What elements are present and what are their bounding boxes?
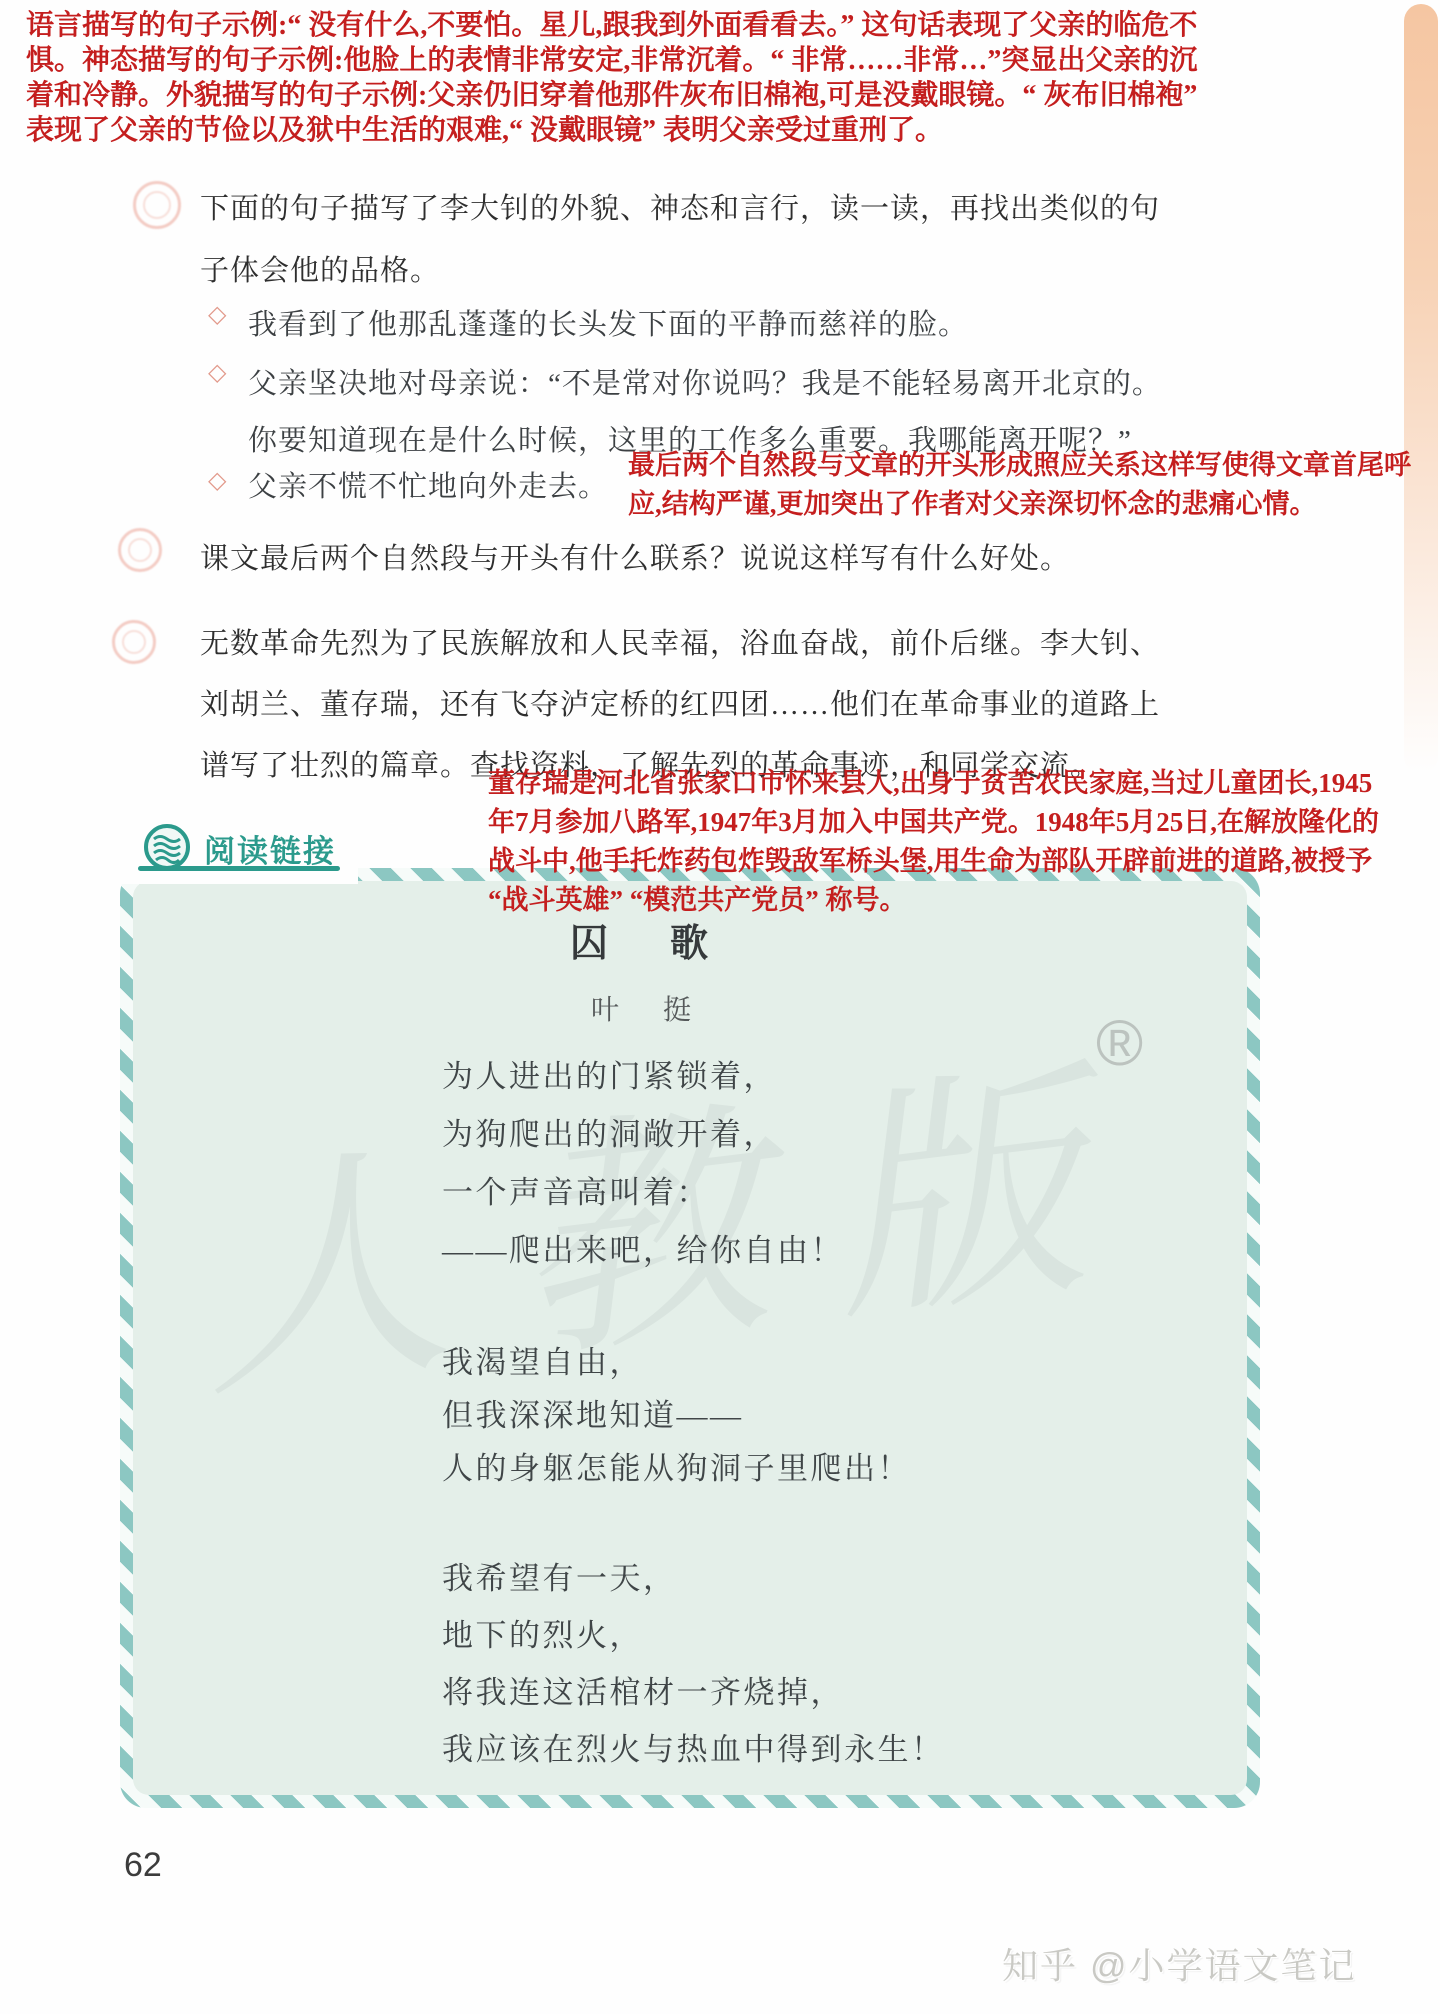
question-text-line: 刘胡兰、董存瑞，还有飞夺泸定桥的红四团……他们在革命事业的道路上 [200,675,1160,736]
excerpt-line: 父亲坚决地对母亲说：“不是常对你说吗？我是不能轻易离开北京的。 [248,356,1162,413]
question-badge-icon [133,181,181,229]
poem-stanza-1: 为人进出的门紧锁着， 为狗爬出的洞敞开着， 一个声音高叫着： ——爬出来吧，给你… [442,1048,844,1280]
poem-stanza-2: 我渴望自由， 但我深深地知道—— 人的身躯怎能从狗洞子里爬出！ [442,1336,911,1495]
excerpt-item: 我看到了他那乱蓬蓬的长头发下面的平静而慈祥的脸。 [248,302,968,343]
excerpt-line: 我看到了他那乱蓬蓬的长头发下面的平静而慈祥的脸。 [248,302,968,343]
excerpt-line: 父亲不慌不忙地向外走去。 [248,464,608,505]
poem-title: 囚 歌 [430,912,860,967]
excerpt-item: 父亲不慌不忙地向外走去。 [248,464,608,505]
credit-watermark: 知乎 @小学语文笔记 [1002,1938,1357,1989]
question-text-line: 课文最后两个自然段与开头有什么联系？说说这样写有什么好处。 [200,528,1070,590]
question-text-line: 子体会他的品格。 [200,240,1160,302]
margin-annotation-dongcunrui: 董存瑞是河北省张家口市怀来县人,出身于贫苦农民家庭,当过儿童团长,1945 年7… [488,764,1379,920]
question-badge-icon [118,528,162,572]
top-annotation-line: 着和冷静。外貌描写的句子示例:父亲仍旧穿着他那件灰布旧棉袍,可是没戴眼镜。“ 灰… [26,78,1197,113]
poem-author: 叶 挺 [430,988,860,1028]
annotation-line: 董存瑞是河北省张家口市怀来县人,出身于贫苦农民家庭,当过儿童团长,1945 [488,764,1379,803]
registered-mark: ® [1096,1006,1143,1080]
diamond-bullet-icon: ◇ [208,466,226,495]
poem-line: 一个声音高叫着： [442,1164,844,1222]
poem-line: 我应该在烈火与热血中得到永生！ [442,1721,945,1778]
annotation-line: 最后两个自然段与文章的开头形成照应关系这样写使得文章首尾呼 [628,446,1411,485]
top-annotation-line: 表现了父亲的节俭以及狱中生活的艰难,“ 没戴眼镜” 表明父亲受过重刑了。 [26,113,1197,148]
poem-line: 为人进出的门紧锁着， [442,1048,844,1106]
page-edge-accent [1404,4,1438,774]
question-text-line: 下面的句子描写了李大钊的外貌、神态和言行，读一读，再找出类似的句 [200,178,1160,240]
top-annotation-line: 惧。神态描写的句子示例:他脸上的表情非常安定,非常沉着。“ 非常……非常…”突显… [26,43,1197,78]
annotation-line: “战斗英雄” “模范共产党员” 称号。 [488,881,1379,920]
question-text-line: 无数革命先烈为了民族解放和人民幸福，浴血奋战，前仆后继。李大钊、 [200,614,1160,675]
top-annotation-line: 语言描写的句子示例:“ 没有什么,不要怕。星儿,跟我到外面看看去。” 这句话表现… [26,8,1197,43]
margin-annotation-ending: 最后两个自然段与文章的开头形成照应关系这样写使得文章首尾呼 应,结构严谨,更加突… [628,446,1411,524]
top-annotation: 语言描写的句子示例:“ 没有什么,不要怕。星儿,跟我到外面看看去。” 这句话表现… [26,8,1197,148]
annotation-line: 战斗中,他手托炸药包炸毁敌军桥头堡,用生命为部队开辟前进的道路,被授予 [488,842,1379,881]
annotation-line: 年7月参加八路军,1947年3月加入中国共产党。1948年5月25日,在解放隆化… [488,803,1379,842]
reading-link-icon [142,822,192,872]
diamond-bullet-icon: ◇ [208,300,226,329]
page-number: 62 [124,1846,162,1885]
poem-line: 人的身躯怎能从狗洞子里爬出！ [442,1442,911,1495]
poem-line: 为狗爬出的洞敞开着， [442,1106,844,1164]
diamond-bullet-icon: ◇ [208,358,226,387]
question-badge-icon [112,620,156,664]
poem-stanza-3: 我希望有一天， 地下的烈火， 将我连这活棺材一齐烧掉， 我应该在烈火与热血中得到… [442,1550,945,1778]
poem-line: 地下的烈火， [442,1607,945,1664]
reading-link-label: 阅读链接 [204,826,336,871]
poem-line: 将我连这活棺材一齐烧掉， [442,1664,945,1721]
poem-line: 但我深深地知道—— [442,1389,911,1442]
question-2: 课文最后两个自然段与开头有什么联系？说说这样写有什么好处。 [200,528,1070,590]
textbook-page: 语言描写的句子示例:“ 没有什么,不要怕。星儿,跟我到外面看看去。” 这句话表现… [0,0,1440,2014]
annotation-line: 应,结构严谨,更加突出了作者对父亲深切怀念的悲痛心情。 [628,485,1411,524]
poem-line: ——爬出来吧，给你自由！ [442,1222,844,1280]
question-1: 下面的句子描写了李大钊的外貌、神态和言行，读一读，再找出类似的句 子体会他的品格… [200,178,1160,302]
poem-line: 我希望有一天， [442,1550,945,1607]
poem-line: 我渴望自由， [442,1336,911,1389]
